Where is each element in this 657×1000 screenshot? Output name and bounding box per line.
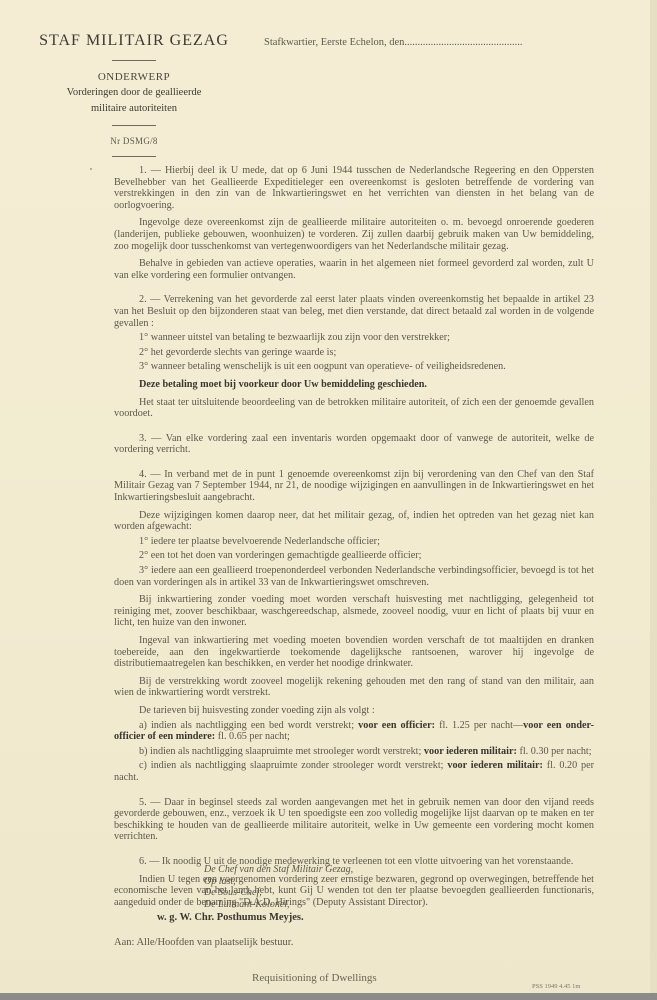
subject-label: ONDERWERP — [30, 71, 238, 83]
rate-a: a) indien als nachtligging een bed wordt… — [114, 720, 594, 743]
section-3-paragraph-1: 3. — Van elke vordering zaal een inventa… — [114, 433, 594, 456]
rate-b-text: b) indien als nachtligging slaapruimte m… — [139, 746, 421, 757]
section-2-bold-note: Deze betaling moet bij voorkeur door Uw … — [114, 379, 594, 391]
divider — [112, 156, 156, 157]
section-4-paragraph-6: De tarieven bij huisvesting zonder voedi… — [114, 705, 594, 717]
rate-b-label: voor iederen militair: — [424, 746, 517, 757]
rate-a-officer-label: voor een officier: — [358, 720, 435, 731]
signature-line-2: Op last, — [204, 876, 353, 888]
subject-line-1: Vorderingen door de geallieerde — [30, 86, 238, 99]
rate-c-label: voor iederen militair: — [447, 760, 543, 771]
page-edge — [650, 0, 657, 1000]
print-code: PSS 1949 4.45 1m — [532, 983, 580, 990]
section-4-item: 1° iedere ter plaatse bevelvoerende Nede… — [114, 536, 594, 548]
addressee: Aan: Alle/Hoofden van plaatselijk bestuu… — [114, 937, 293, 948]
rate-b: b) indien als nachtligging slaapruimte m… — [114, 746, 594, 758]
document-page: STAF MILITAIR GEZAG ONDERWERP Vorderinge… — [0, 0, 650, 993]
section-6-paragraph-1: 6. — Ik noodig U uit de noodige medewerk… — [114, 856, 594, 868]
divider — [112, 60, 156, 61]
paper-speck — [90, 168, 92, 170]
section-1-paragraph-2: Ingevolge deze overeenkomst zijn de geal… — [114, 217, 594, 252]
section-4-item: 2° een tot het doen van vorderingen gema… — [114, 550, 594, 562]
signature-line-4: De Luitnant-Kolonel, — [204, 899, 353, 911]
reference-number: Nr DSMG/8 — [30, 136, 238, 146]
footer-title: Requisitioning of Dwellings — [252, 972, 377, 984]
section-4-paragraph-5: Bij de verstrekking wordt zooveel mogeli… — [114, 676, 594, 699]
rate-c-text: c) indien als nachtligging slaapruimte z… — [139, 760, 444, 771]
signature-line-3: De Sous-Chef, — [204, 887, 353, 899]
section-4-paragraph-1: 4. — In verband met de in punt 1 genoemd… — [114, 469, 594, 504]
section-2-item: 1° wanneer uitstel van betaling te bezwa… — [114, 332, 594, 344]
section-2-item: 2° het gevorderde slechts van geringe wa… — [114, 347, 594, 359]
letterhead: STAF MILITAIR GEZAG ONDERWERP Vorderinge… — [30, 32, 238, 167]
section-4-paragraph-3: Bij inkwartiering zonder voeding moet wo… — [114, 594, 594, 629]
section-1-paragraph-1: 1. — Hierbij deel ik U mede, dat op 6 Ju… — [114, 165, 594, 211]
rate-b-rate: fl. 0.30 per nacht; — [519, 746, 591, 757]
section-4-paragraph-2: Deze wijzigingen komen daarop neer, dat … — [114, 510, 594, 533]
section-1-paragraph-3: Behalve in gebieden van actieve operatie… — [114, 258, 594, 281]
subject-line-2: militaire autoriteiten — [30, 102, 238, 115]
section-2-item: 3° wanneer betaling wenschelijk is uit e… — [114, 361, 594, 373]
signature-line-1: De Chef van den Staf Militair Gezag, — [204, 864, 353, 876]
section-4-item: 3° iedere aan een geallieerd troepenonde… — [114, 565, 594, 588]
organization-name: STAF MILITAIR GEZAG — [30, 32, 238, 50]
section-2-paragraph-1: 2. — Verrekening van het gevorderde zal … — [114, 294, 594, 329]
rate-c: c) indien als nachtligging slaapruimte z… — [114, 760, 594, 783]
signature-block: De Chef van den Staf Militair Gezag, Op … — [204, 864, 353, 910]
rate-a-nco-rate: fl. 0.65 per nacht; — [218, 731, 290, 742]
location-date-line: Stafkwartier, Eerste Echelon, den.......… — [264, 37, 523, 48]
scan-background — [0, 993, 657, 1000]
rate-a-text: a) indien als nachtligging een bed wordt… — [139, 720, 354, 731]
rate-a-officer-rate: fl. 1.25 per nacht— — [439, 720, 523, 731]
section-6-paragraph-2: Indien U tegen een voorgenomen vordering… — [114, 874, 594, 909]
section-4-paragraph-4: Ingeval van inkwartiering met voeding mo… — [114, 635, 594, 670]
letter-body: 1. — Hierbij deel ik U mede, dat op 6 Ju… — [114, 165, 594, 908]
signer-name: w. g. W. Chr. Posthumus Meyjes. — [157, 912, 304, 923]
section-5-paragraph-1: 5. — Daar in beginsel steeds zal worden … — [114, 797, 594, 843]
divider — [112, 125, 156, 126]
section-2-paragraph-2: Het staat ter uitsluitende beoordeeling … — [114, 397, 594, 420]
